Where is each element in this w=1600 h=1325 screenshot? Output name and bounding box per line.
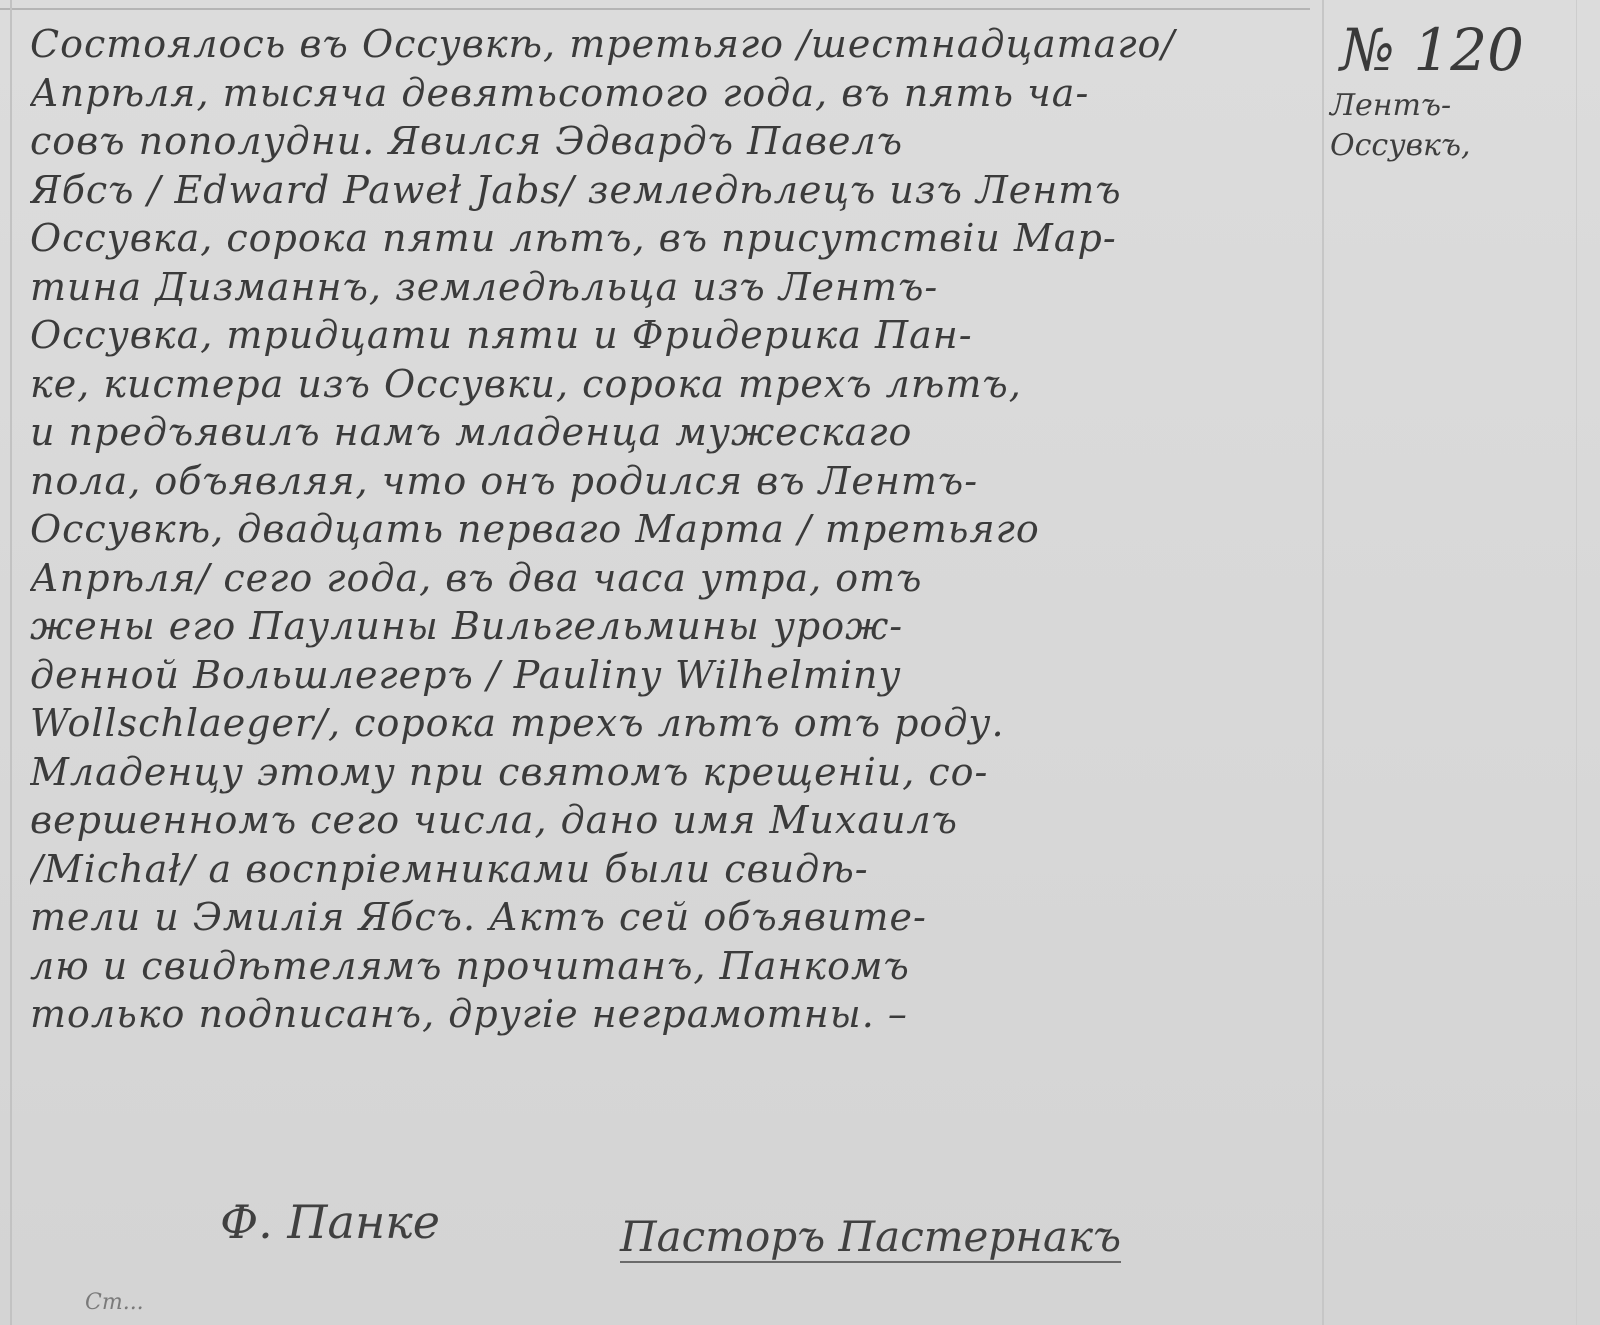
record-line: Оссувка, сорока пяти лѣтъ, въ присутстві… [30, 214, 1320, 263]
faint-signature-mark: Ст... [85, 1290, 144, 1315]
record-line: лю и свидѣтелямъ прочитанъ, Панкомъ [30, 942, 1320, 991]
margin-place-name: Лентъ-Оссувкъ, [1330, 86, 1580, 166]
record-line: Апрѣля, тысяча девятьсотого года, въ пят… [30, 69, 1320, 118]
record-line: Оссувкѣ, двадцать перваго Марта / третья… [30, 505, 1320, 554]
record-line: тина Дизманнъ, земледѣльца изъ Лентъ- [30, 263, 1320, 312]
left-margin-line [10, 0, 12, 1325]
record-body: Состоялось въ Оссувкѣ, третьяго /шестнад… [30, 20, 1320, 1039]
margin-annotation: № 120 Лентъ-Оссувкъ, [1330, 20, 1580, 166]
record-line: пола, объявляя, что онъ родился въ Лентъ… [30, 457, 1320, 506]
record-line: Апрѣля/ сего года, въ два часа утра, отъ [30, 554, 1320, 603]
record-line: ке, кистера изъ Оссувки, сорока трехъ лѣ… [30, 360, 1320, 409]
witness-signature: Ф. Панке [220, 1195, 440, 1249]
margin-column-line [1322, 0, 1324, 1325]
record-line: и предъявилъ намъ младенца мужескаго [30, 408, 1320, 457]
record-line: /Michał/ а воспріемниками были свидѣ- [30, 845, 1320, 894]
record-line: Ябсъ / Edward Paweł Jabs/ земледѣлецъ из… [30, 166, 1320, 215]
record-line: денной Вольшлегеръ / Pauliny Wilhelminy [30, 651, 1320, 700]
record-line: вершенномъ сего числа, дано имя Михаилъ [30, 796, 1320, 845]
record-line: тели и Эмилія Ябсъ. Актъ сей объявите- [30, 893, 1320, 942]
record-line: Состоялось въ Оссувкѣ, третьяго /шестнад… [30, 20, 1320, 69]
record-number: № 120 [1330, 20, 1580, 80]
document-page: Состоялось въ Оссувкѣ, третьяго /шестнад… [0, 0, 1600, 1325]
right-edge-line [1576, 0, 1577, 1325]
top-rule-line [0, 8, 1310, 10]
record-line: Младенцу этому при святомъ крещеніи, со- [30, 748, 1320, 797]
record-line: жены его Паулины Вильгельмины урож- [30, 602, 1320, 651]
record-line: Wollschlaeger/, сорока трехъ лѣтъ отъ ро… [30, 699, 1320, 748]
record-line: совъ пополудни. Явился Эдвардъ Павелъ [30, 117, 1320, 166]
record-line: только подписанъ, другіе неграмотны. – [30, 990, 1320, 1039]
pastor-signature: Пасторъ Пастернакъ [620, 1212, 1121, 1263]
record-line: Оссувка, тридцати пяти и Фридерика Пан- [30, 311, 1320, 360]
